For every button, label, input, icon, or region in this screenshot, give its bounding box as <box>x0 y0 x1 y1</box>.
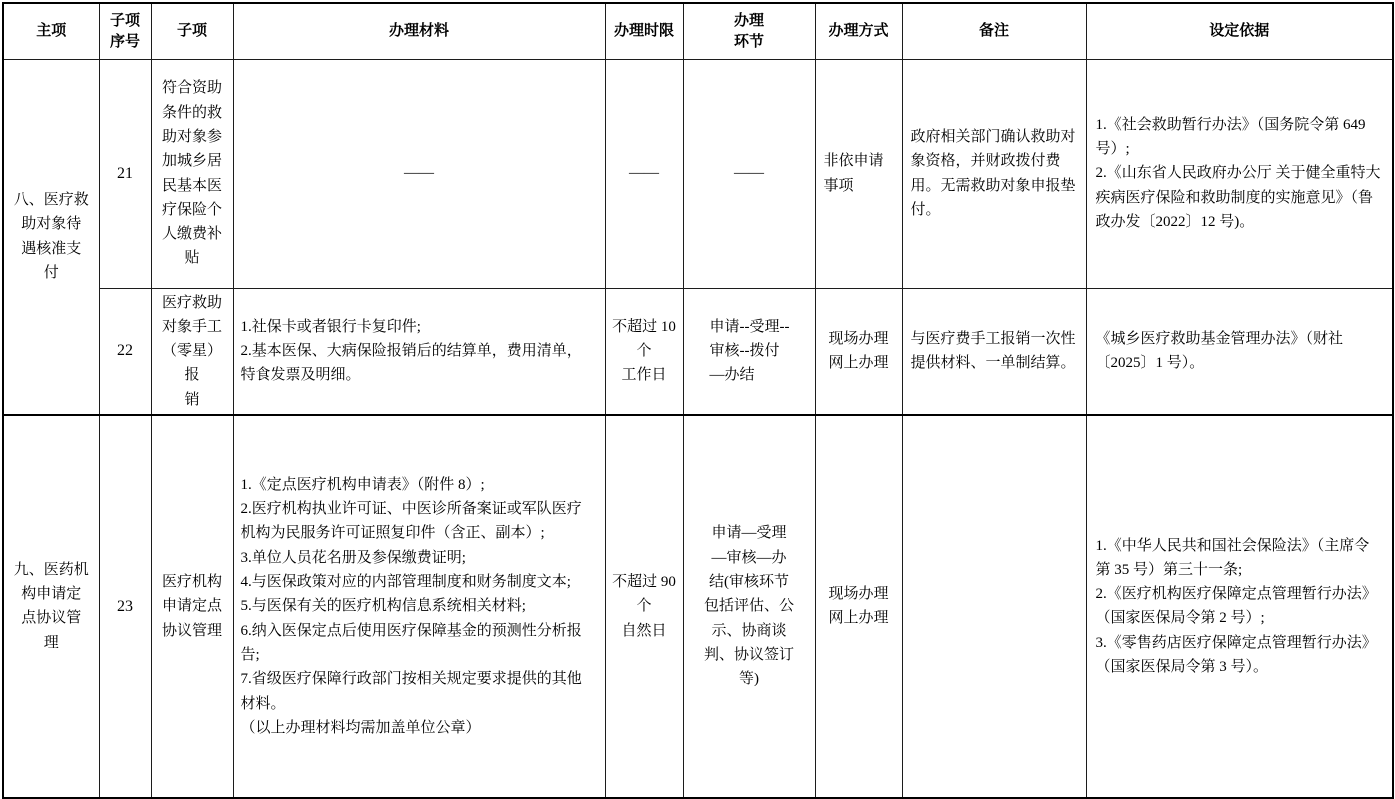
header-row: 主项 子项 序号 子项 办理材料 办理时限 办理 环节 办理方式 备注 设定依据 <box>3 3 1393 59</box>
time-limit-cell-22: 不超过 10 个 工作日 <box>605 288 683 415</box>
col-header-remarks: 备注 <box>902 3 1086 59</box>
steps-cell-23: 申请—受理 —审核—办 结(审核环节 包括评估、公 示、协商谈 判、协议签订 等… <box>683 415 815 780</box>
col-header-sub-item: 子项 <box>151 3 233 59</box>
basis-cell-21: 1.《社会救助暂行办法》（国务院令第 649 号）; 2.《山东省人民政府办公厅… <box>1086 59 1393 288</box>
col-header-time-limit: 办理时限 <box>605 3 683 59</box>
steps-cell-22: 申请--受理-- 审核--拨付 —办结 <box>683 288 815 415</box>
remarks-cell-21: 政府相关部门确认救助对象资格，并财政拨付费用。无需救助对象申报垫付。 <box>902 59 1086 288</box>
seq-cell-21: 21 <box>99 59 151 288</box>
main-item-cell-section9: 九、医药机 构申请定 点协议管 理 <box>3 415 99 780</box>
seq-cell-22: 22 <box>99 288 151 415</box>
sub-item-cell-22: 医疗救助 对象手工 （零星）报 销 <box>151 288 233 415</box>
time-limit-cell-21: —— <box>605 59 683 288</box>
materials-cell-23: 1.《定点医疗机构申请表》（附件 8）; 2.医疗机构执业许可证、中医诊所备案证… <box>233 415 605 780</box>
col-header-seq: 子项 序号 <box>99 3 151 59</box>
table-row-23: 九、医药机 构申请定 点协议管 理 23 医疗机构 申请定点 协议管理 1.《定… <box>3 415 1393 780</box>
table-row-22: 22 医疗救助 对象手工 （零星）报 销 1.社保卡或者银行卡复印件; 2.基本… <box>3 288 1393 415</box>
method-cell-23: 现场办理 网上办理 <box>815 415 902 780</box>
method-cell-21: 非依申请 事项 <box>815 59 902 288</box>
seq-cell-23: 23 <box>99 415 151 780</box>
sub-item-cell-23: 医疗机构 申请定点 协议管理 <box>151 415 233 780</box>
steps-cell-21: —— <box>683 59 815 288</box>
time-limit-cell-23: 不超过 90 个 自然日 <box>605 415 683 780</box>
remarks-cell-22: 与医疗费手工报销一次性提供材料、一单制结算。 <box>902 288 1086 415</box>
table-row-21: 八、医疗救 助对象待 遇核准支 付 21 符合资助 条件的救 助对象参 加城乡居… <box>3 59 1393 288</box>
col-header-main-item: 主项 <box>3 3 99 59</box>
col-header-materials: 办理材料 <box>233 3 605 59</box>
procedure-table: 主项 子项 序号 子项 办理材料 办理时限 办理 环节 办理方式 备注 设定依据… <box>2 2 1394 780</box>
col-header-method: 办理方式 <box>815 3 902 59</box>
remarks-cell-23 <box>902 415 1086 780</box>
materials-cell-21: —— <box>233 59 605 288</box>
main-item-cell-section8: 八、医疗救 助对象待 遇核准支 付 <box>3 59 99 415</box>
sub-item-cell-21: 符合资助 条件的救 助对象参 加城乡居 民基本医 疗保险个 人缴费补 贴 <box>151 59 233 288</box>
basis-cell-23: 1.《中华人民共和国社会保险法》（主席令第 35 号）第三十一条; 2.《医疗机… <box>1086 415 1393 780</box>
basis-cell-22: 《城乡医疗救助基金管理办法》（财社〔2025〕1 号）。 <box>1086 288 1393 415</box>
col-header-steps: 办理 环节 <box>683 3 815 59</box>
method-cell-22: 现场办理 网上办理 <box>815 288 902 415</box>
col-header-basis: 设定依据 <box>1086 3 1393 59</box>
materials-cell-22: 1.社保卡或者银行卡复印件; 2.基本医保、大病保险报销后的结算单，费用清单，特… <box>233 288 605 415</box>
